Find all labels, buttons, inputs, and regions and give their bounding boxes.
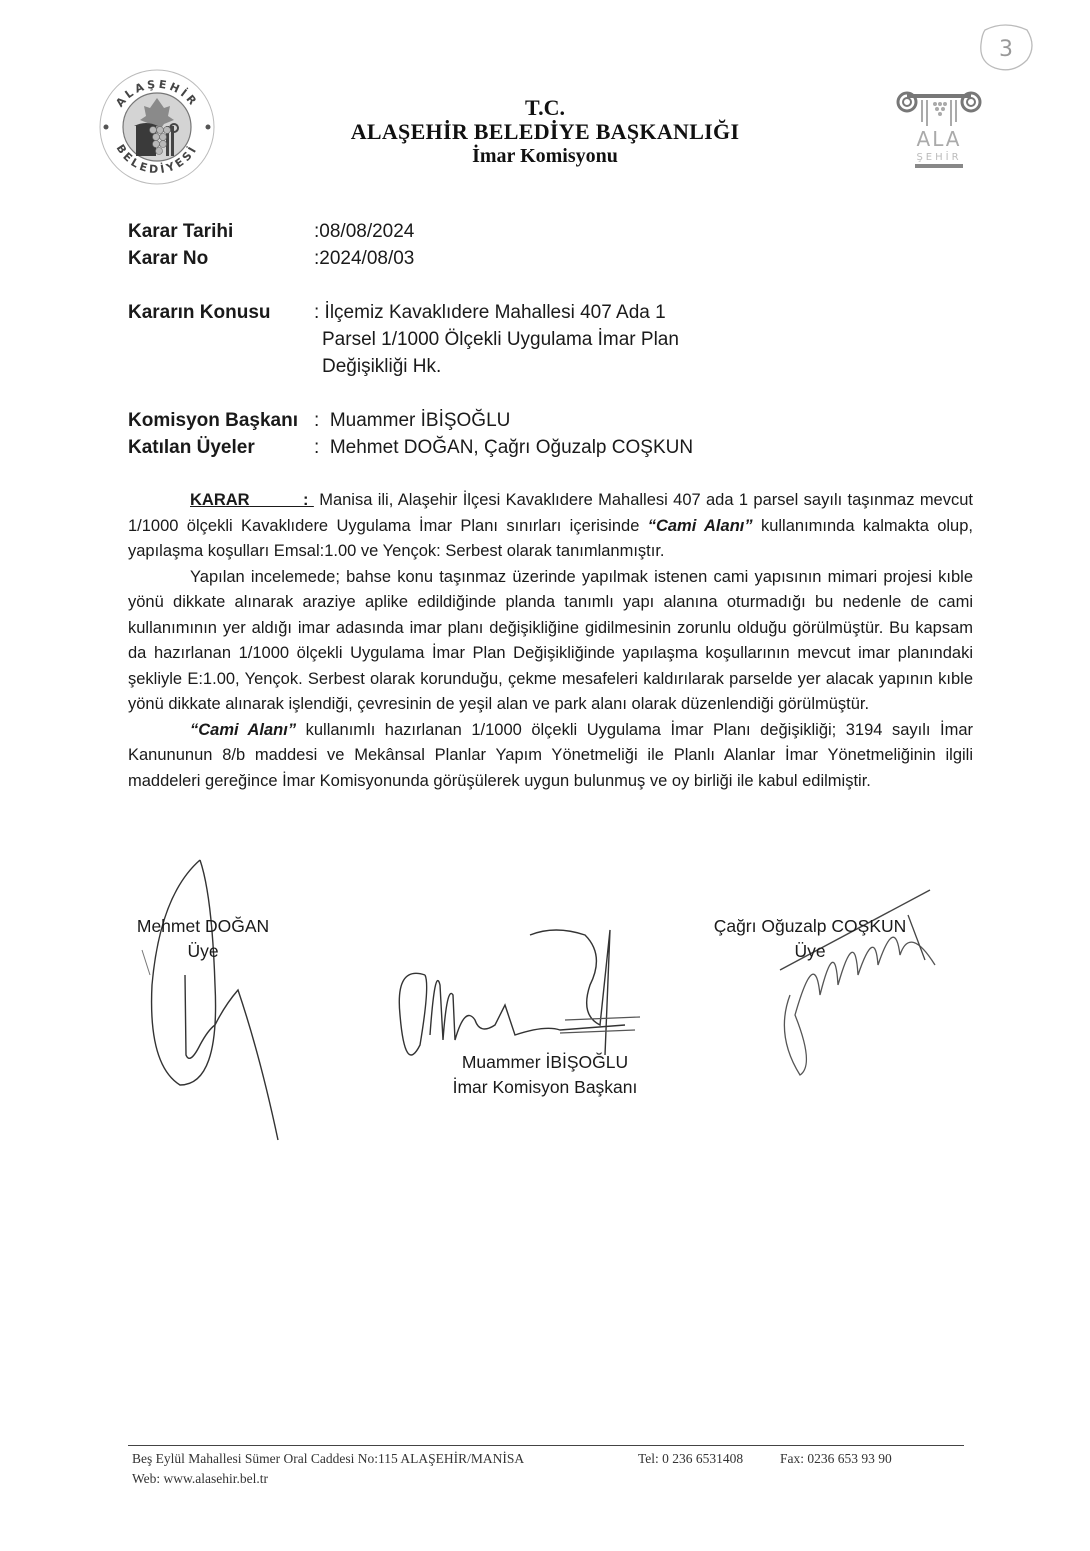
svg-text:3: 3 xyxy=(999,37,1013,62)
signature-block-member-2: Çağrı Oğuzalp COŞKUN Üye xyxy=(700,914,920,964)
chair-value: : Muammer İBİŞOĞLU xyxy=(314,407,510,434)
svg-text:ŞEHİR: ŞEHİR xyxy=(916,150,961,163)
subject-label: Kararın Konusu xyxy=(128,299,271,326)
page-number-mark: 3 xyxy=(975,18,1037,78)
signer-name: Mehmet DOĞAN xyxy=(118,914,288,939)
subject-line: Parsel 1/1000 Ölçekli Uygulama İmar Plan xyxy=(322,326,722,353)
subject-line: Değişikliği Hk. xyxy=(322,353,722,380)
decision-date-label: Karar Tarihi xyxy=(128,218,233,245)
ionic-column-logo-icon: ALA ŞEHİR xyxy=(893,88,985,178)
footer-address: Beş Eylül Mahallesi Sümer Oral Caddesi N… xyxy=(132,1451,524,1467)
signature-scribble-icon xyxy=(130,855,290,1155)
decision-paragraph-3: “Cami Alanı” kullanımlı hazırlanan 1/100… xyxy=(128,718,973,795)
decision-body: KARAR : Manisa ili, Alaşehir İlçesi Kava… xyxy=(128,488,973,794)
signature-scribble-icon xyxy=(385,925,655,1065)
decision-date-value: :08/08/2024 xyxy=(314,218,414,245)
signer-title: Üye xyxy=(118,939,288,964)
signature-block-member-1: Mehmet DOĞAN Üye xyxy=(118,914,288,964)
decision-paragraph-1: KARAR : Manisa ili, Alaşehir İlçesi Kava… xyxy=(128,488,973,565)
signer-title: Üye xyxy=(700,939,920,964)
svg-text:ALA: ALA xyxy=(917,127,962,151)
cami-alani-emphasis: “Cami Alanı” xyxy=(648,517,753,535)
signer-name: Muammer İBİŞOĞLU xyxy=(420,1050,670,1075)
chair-label: Komisyon Başkanı xyxy=(128,407,298,434)
decision-label: KARAR xyxy=(190,491,250,509)
footer-web-link[interactable]: Web: www.alasehir.bel.tr xyxy=(132,1471,268,1487)
cami-alani-emphasis: “Cami Alanı” xyxy=(190,721,296,739)
decision-paragraph-2: Yapılan incelemede; bahse konu taşınmaz … xyxy=(128,565,973,718)
signer-title: İmar Komisyon Başkanı xyxy=(420,1075,670,1100)
signer-name: Çağrı Oğuzalp COŞKUN xyxy=(700,914,920,939)
footer-tel: Tel: 0 236 6531408 xyxy=(638,1451,743,1467)
signature-block-chair: Muammer İBİŞOĞLU İmar Komisyon Başkanı xyxy=(420,1050,670,1100)
members-label: Katılan Üyeler xyxy=(128,434,255,461)
decision-number-value: :2024/08/03 xyxy=(314,245,414,272)
subject-value: : İlçemiz Kavaklıdere Mahallesi 407 Ada … xyxy=(322,299,722,380)
subject-line: : İlçemiz Kavaklıdere Mahallesi 407 Ada … xyxy=(314,299,722,326)
footer-fax: Fax: 0236 653 93 90 xyxy=(780,1451,892,1467)
decision-number-label: Karar No xyxy=(128,245,208,272)
members-value: : Mehmet DOĞAN, Çağrı Oğuzalp COŞKUN xyxy=(314,434,693,461)
footer-divider xyxy=(128,1445,964,1446)
